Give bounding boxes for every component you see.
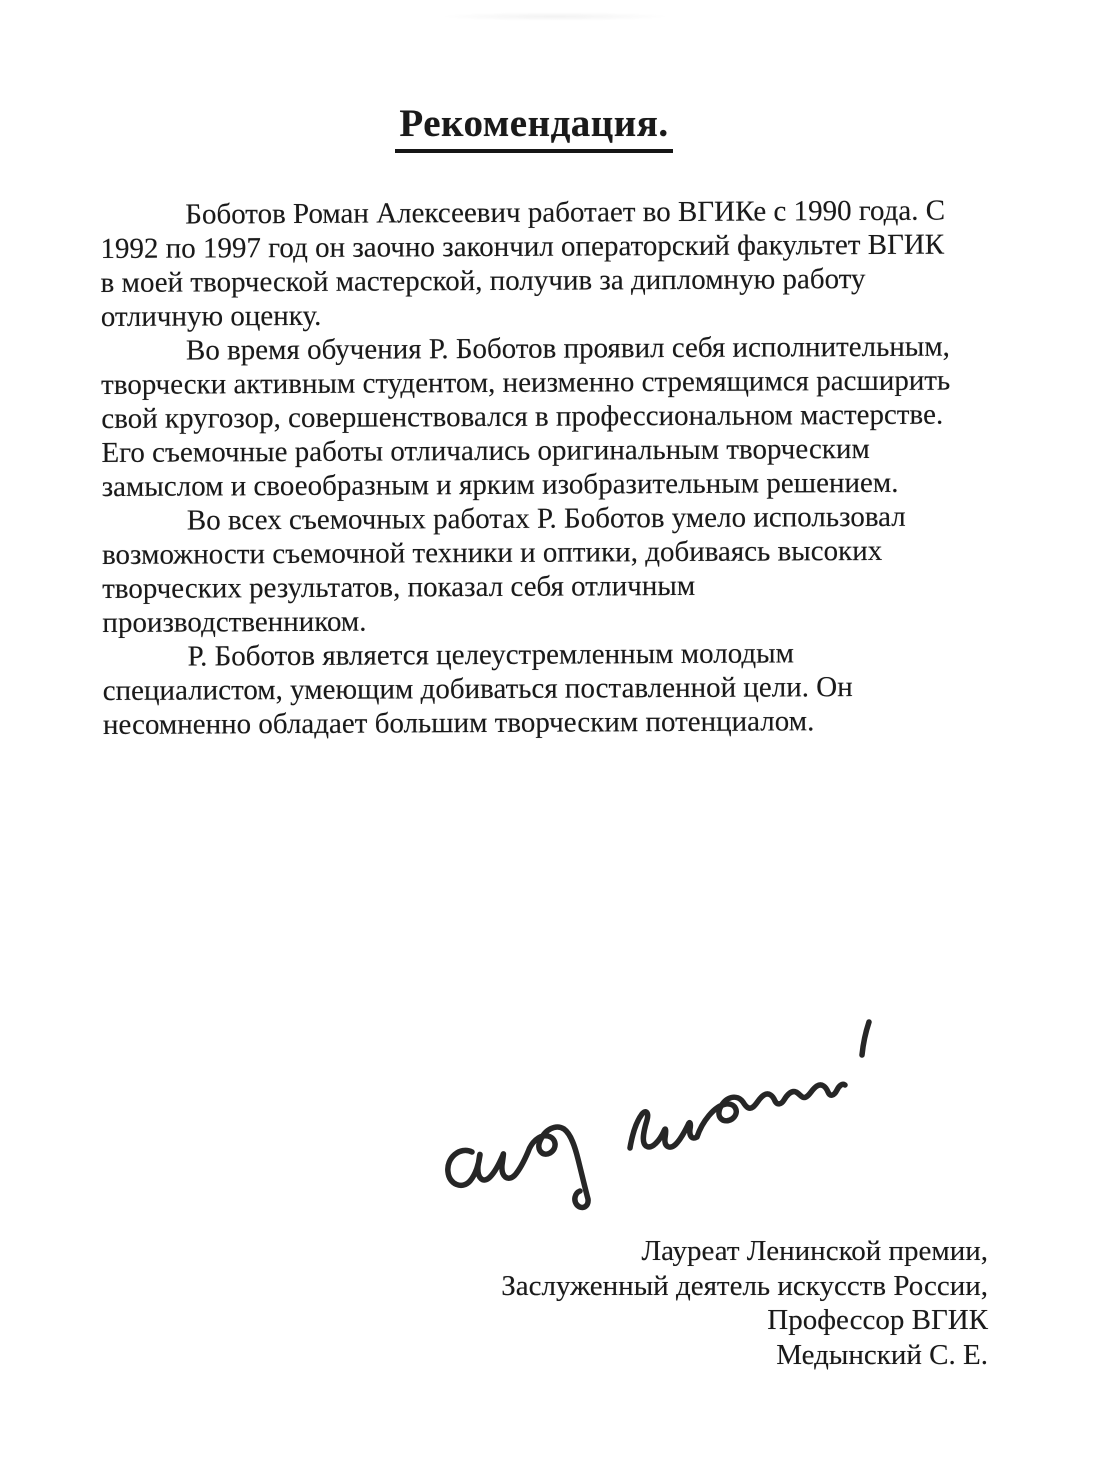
body-line: несомненно обладает большим творческим п…	[103, 703, 1005, 742]
body-line: возможности съемочной техники и оптики, …	[102, 533, 1004, 572]
body-line: Его съемочные работы отличались оригинал…	[101, 431, 1003, 470]
signoff-block: Лауреат Ленинской премии, Заслуженный де…	[388, 1234, 988, 1372]
body-line: производственником.	[102, 601, 1004, 640]
paragraph: Боботов Роман Алексеевич работает во ВГИ…	[100, 193, 1003, 334]
page-title: Рекомендация.	[103, 101, 993, 153]
signoff-line: Заслуженный деятель искусств России,	[388, 1269, 988, 1304]
document-body: Боботов Роман Алексеевич работает во ВГИ…	[100, 193, 1005, 742]
document-page: Рекомендация. Боботов Роман Алексеевич р…	[0, 0, 1100, 1468]
signoff-line: Профессор ВГИК	[388, 1303, 988, 1338]
body-line: специалистом, умеющим добиваться поставл…	[103, 669, 1005, 708]
paragraph: Р. Боботов является целеустремленным мол…	[102, 635, 1005, 742]
page-title-text: Рекомендация.	[395, 101, 672, 153]
body-line: Р. Боботов является целеустремленным мол…	[102, 635, 1004, 674]
body-line: Боботов Роман Алексеевич работает во ВГИ…	[100, 193, 1002, 232]
body-line: 1992 по 1997 год он заочно закончил опер…	[100, 227, 1002, 266]
body-line: свой кругозор, совершенствовался в профе…	[101, 397, 1003, 436]
body-line: Во всех съемочных работах Р. Боботов уме…	[102, 499, 1004, 538]
paragraph: Во время обучения Р. Боботов проявил себ…	[101, 329, 1004, 504]
body-line: творческих результатов, показал себя отл…	[102, 567, 1004, 606]
signoff-line: Лауреат Ленинской премии,	[388, 1234, 988, 1269]
signoff-line: Медынский С. Е.	[388, 1338, 988, 1373]
body-line: в моей творческой мастерской, получив за…	[101, 261, 1003, 300]
body-line: замыслом и своеобразным и ярким изобрази…	[102, 465, 1004, 504]
body-line: Во время обучения Р. Боботов проявил себ…	[101, 329, 1003, 368]
handwritten-signature	[440, 1000, 900, 1215]
body-line: отличную оценку.	[101, 295, 1003, 334]
scan-smudge	[440, 12, 670, 21]
body-line: творчески активным студентом, неизменно …	[101, 363, 1003, 402]
paragraph: Во всех съемочных работах Р. Боботов уме…	[102, 499, 1005, 640]
